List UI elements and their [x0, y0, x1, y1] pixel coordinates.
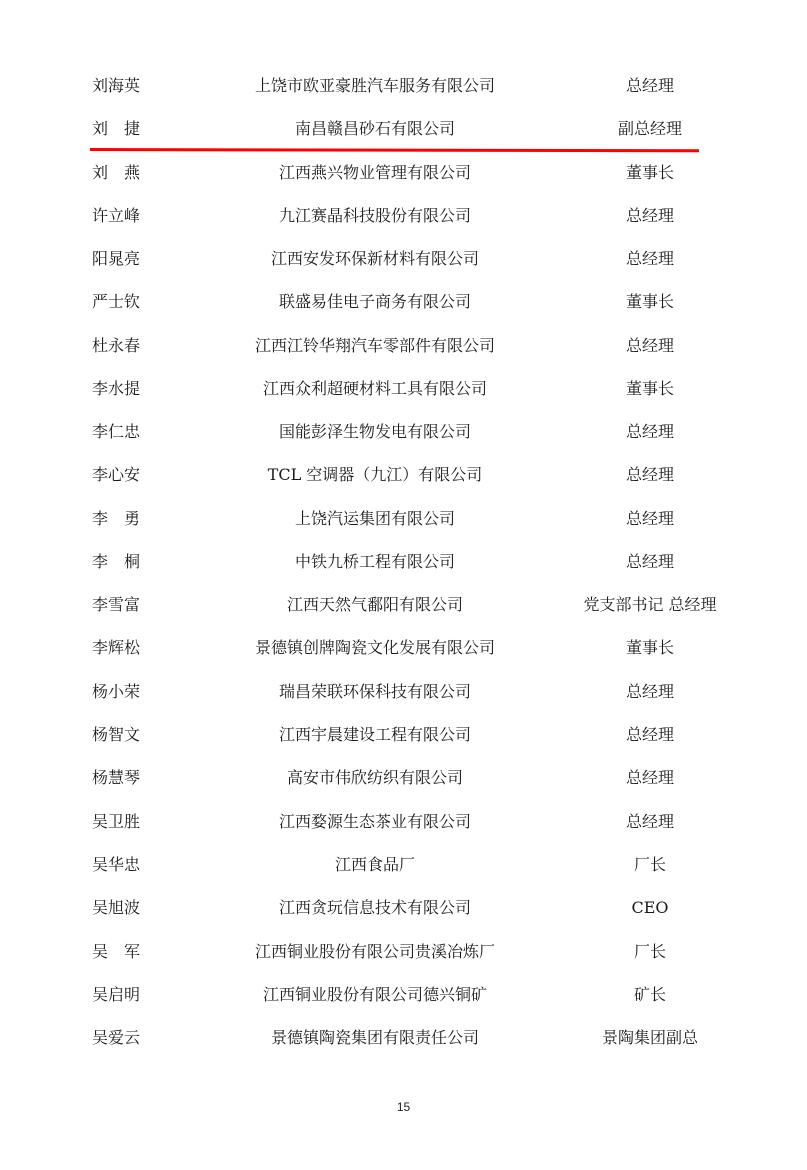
table-row: 李心安 TCL 空调器（九江）有限公司 总经理: [0, 460, 807, 490]
job-title: 总经理: [560, 417, 740, 447]
company-name: 瑞昌荣联环保科技有限公司: [200, 677, 550, 707]
company-name: 江西安发环保新材料有限公司: [200, 244, 550, 274]
table-row: 刘 燕 江西燕兴物业管理有限公司 董事长: [0, 158, 807, 188]
person-name: 李 桐: [92, 547, 172, 577]
job-title: 副总经理: [560, 114, 740, 144]
company-name: 江西婺源生态茶业有限公司: [200, 807, 550, 837]
table-row: 吴爱云 景德镇陶瓷集团有限责任公司 景陶集团副总: [0, 1023, 807, 1053]
table-row: 杜永春 江西江铃华翔汽车零部件有限公司 总经理: [0, 331, 807, 361]
job-title: 董事长: [560, 374, 740, 404]
table-row: 吴 军 江西铜业股份有限公司贵溪冶炼厂 厂长: [0, 937, 807, 967]
table-row: 杨慧琴 高安市伟欣纺织有限公司 总经理: [0, 763, 807, 793]
job-title: 董事长: [560, 287, 740, 317]
table-row: 李仁忠 国能彭泽生物发电有限公司 总经理: [0, 417, 807, 447]
job-title: 总经理: [560, 763, 740, 793]
job-title: 总经理: [560, 71, 740, 101]
person-name: 刘 捷: [92, 114, 172, 144]
job-title: 总经理: [560, 807, 740, 837]
person-name: 吴爱云: [92, 1023, 172, 1053]
person-name: 杨智文: [92, 720, 172, 750]
table-row: 李水提 江西众利超硬材料工具有限公司 董事长: [0, 374, 807, 404]
table-row: 李 桐 中铁九桥工程有限公司 总经理: [0, 547, 807, 577]
person-name: 李心安: [92, 460, 172, 490]
job-title: 总经理: [560, 244, 740, 274]
job-title: 总经理: [560, 331, 740, 361]
company-name: 上饶市欧亚豪胜汽车服务有限公司: [200, 71, 550, 101]
company-name: 江西江铃华翔汽车零部件有限公司: [200, 331, 550, 361]
red-underline-annotation: [90, 148, 699, 152]
person-name: 吴华忠: [92, 850, 172, 880]
person-name: 李水提: [92, 374, 172, 404]
company-name: 景德镇创牌陶瓷文化发展有限公司: [200, 633, 550, 663]
company-name: 江西铜业股份有限公司贵溪冶炼厂: [200, 937, 550, 967]
company-name: 江西铜业股份有限公司德兴铜矿: [200, 980, 550, 1010]
person-name: 杨小荣: [92, 677, 172, 707]
company-name: 上饶汽运集团有限公司: [200, 504, 550, 534]
job-title: 景陶集团副总: [560, 1023, 740, 1053]
company-name: 中铁九桥工程有限公司: [200, 547, 550, 577]
job-title: 总经理: [560, 547, 740, 577]
company-name: 景德镇陶瓷集团有限责任公司: [200, 1023, 550, 1053]
job-title: 总经理: [560, 677, 740, 707]
person-name: 许立峰: [92, 201, 172, 231]
company-name: 江西贪玩信息技术有限公司: [200, 893, 550, 923]
document-page: 刘海英 上饶市欧亚豪胜汽车服务有限公司 总经理 刘 捷 南昌赣昌砂石有限公司 副…: [0, 0, 807, 1170]
person-name: 严士钦: [92, 287, 172, 317]
page-number: 15: [0, 1100, 807, 1114]
company-name: 九江赛晶科技股份有限公司: [200, 201, 550, 231]
person-name: 李 勇: [92, 504, 172, 534]
table-row: 吴旭波 江西贪玩信息技术有限公司 CEO: [0, 893, 807, 923]
job-title: 党支部书记 总经理: [555, 590, 745, 620]
company-name: 江西食品厂: [200, 850, 550, 880]
job-title: 总经理: [560, 201, 740, 231]
table-row: 李雪富 江西天然气鄱阳有限公司 党支部书记 总经理: [0, 590, 807, 620]
job-title: 总经理: [560, 504, 740, 534]
table-row: 刘海英 上饶市欧亚豪胜汽车服务有限公司 总经理: [0, 71, 807, 101]
job-title: 董事长: [560, 158, 740, 188]
table-row: 阳晁亮 江西安发环保新材料有限公司 总经理: [0, 244, 807, 274]
table-row: 许立峰 九江赛晶科技股份有限公司 总经理: [0, 201, 807, 231]
company-name: 江西宇晨建设工程有限公司: [200, 720, 550, 750]
job-title: 厂长: [560, 937, 740, 967]
company-name: 南昌赣昌砂石有限公司: [200, 114, 550, 144]
table-row: 吴启明 江西铜业股份有限公司德兴铜矿 矿长: [0, 980, 807, 1010]
table-row: 杨小荣 瑞昌荣联环保科技有限公司 总经理: [0, 677, 807, 707]
person-name: 吴卫胜: [92, 807, 172, 837]
person-name: 阳晁亮: [92, 244, 172, 274]
company-name: 联盛易佳电子商务有限公司: [200, 287, 550, 317]
person-name: 李仁忠: [92, 417, 172, 447]
person-name: 杨慧琴: [92, 763, 172, 793]
table-row: 吴卫胜 江西婺源生态茶业有限公司 总经理: [0, 807, 807, 837]
table-row: 杨智文 江西宇晨建设工程有限公司 总经理: [0, 720, 807, 750]
table-row: 李 勇 上饶汽运集团有限公司 总经理: [0, 504, 807, 534]
job-title: 矿长: [560, 980, 740, 1010]
person-name: 刘 燕: [92, 158, 172, 188]
person-name: 李雪富: [92, 590, 172, 620]
job-title: 董事长: [560, 633, 740, 663]
person-name: 杜永春: [92, 331, 172, 361]
job-title: 总经理: [560, 720, 740, 750]
company-name: 江西天然气鄱阳有限公司: [200, 590, 550, 620]
table-row: 刘 捷 南昌赣昌砂石有限公司 副总经理: [0, 114, 807, 144]
table-row: 吴华忠 江西食品厂 厂长: [0, 850, 807, 880]
company-name: 江西燕兴物业管理有限公司: [200, 158, 550, 188]
table-row: 严士钦 联盛易佳电子商务有限公司 董事长: [0, 287, 807, 317]
person-name: 刘海英: [92, 71, 172, 101]
company-name: 高安市伟欣纺织有限公司: [200, 763, 550, 793]
person-name: 吴 军: [92, 937, 172, 967]
table-row: 李辉松 景德镇创牌陶瓷文化发展有限公司 董事长: [0, 633, 807, 663]
company-name: TCL 空调器（九江）有限公司: [200, 460, 550, 490]
job-title: 总经理: [560, 460, 740, 490]
person-name: 李辉松: [92, 633, 172, 663]
company-name: 江西众利超硬材料工具有限公司: [200, 374, 550, 404]
job-title: 厂长: [560, 850, 740, 880]
person-name: 吴旭波: [92, 893, 172, 923]
person-name: 吴启明: [92, 980, 172, 1010]
job-title: CEO: [560, 893, 740, 923]
company-name: 国能彭泽生物发电有限公司: [200, 417, 550, 447]
